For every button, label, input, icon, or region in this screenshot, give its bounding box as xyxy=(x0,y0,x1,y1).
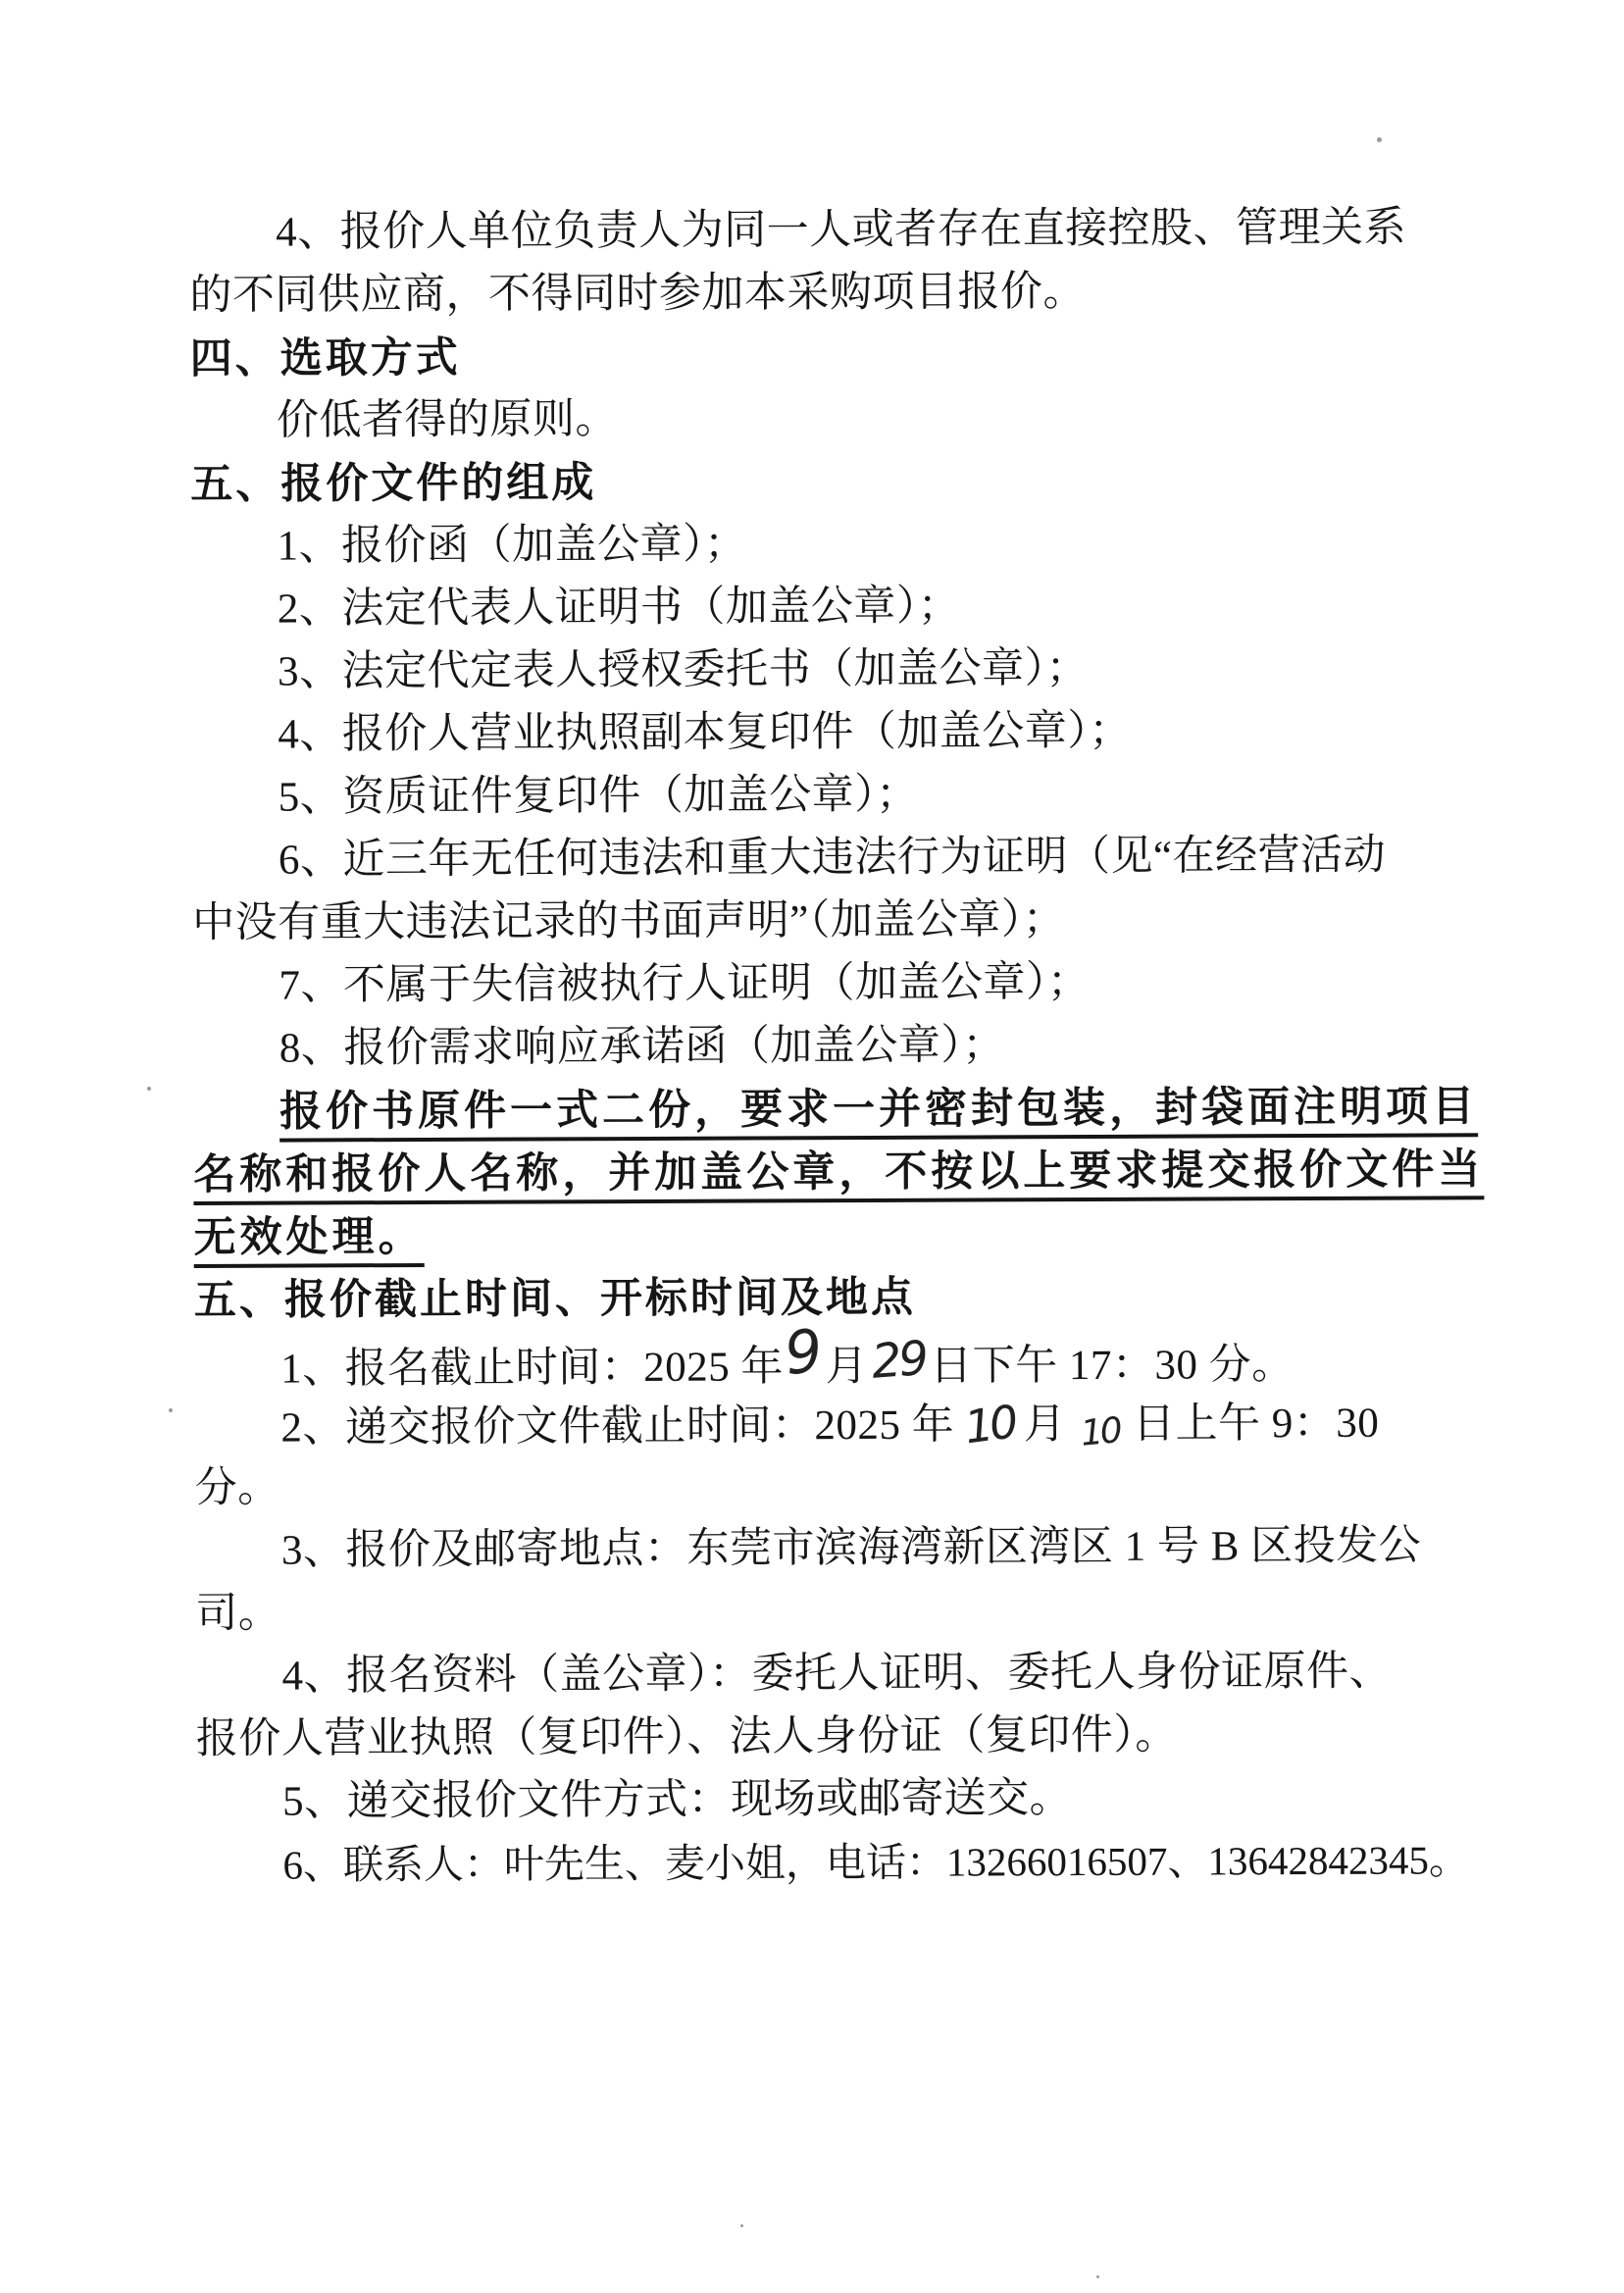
mailing-address: 3、报价及邮寄地点：东莞市滨海湾新区湾区 1 号 B 区投发公 xyxy=(195,1514,1514,1583)
deadline-registration: 1、报名截止时间：2025 年9月29日下午 17：30 分。 xyxy=(194,1326,1513,1395)
doc-item-7: 7、不属于失信被执行人证明（加盖公章）； xyxy=(192,949,1511,1018)
doc-item-2: 2、法定代表人证明书（加盖公章）； xyxy=(191,573,1510,641)
document-body: 4、报价人单位负责人为同一人或者存在直接控股、管理关系的不同供应商，不得同时参加… xyxy=(189,196,1516,1897)
mailing-address-cont: 司。 xyxy=(195,1577,1514,1646)
printed-text: 月 xyxy=(1024,1401,1067,1448)
clause-4-supplier-relation-cont: 的不同供应商，不得同时参加本采购项目报价。 xyxy=(189,259,1508,328)
doc-item-4: 4、报价人营业执照副本复印件（加盖公章）； xyxy=(191,698,1510,767)
section-heading-selection-method: 四、选取方式 xyxy=(190,322,1509,390)
doc-item-6-cont: 中没有重大违法记录的书面声明”（加盖公章）； xyxy=(192,887,1511,955)
doc-item-6: 6、近三年无任何违法和重大违法行为证明（见“在经营活动 xyxy=(192,824,1511,892)
deadline-submission: 2、递交报价文件截止时间：2025 年10月10日上午 9：30 xyxy=(194,1389,1513,1457)
contact-info: 6、联系人：叶先生、麦小姐，电话：13266016507、13642842345… xyxy=(196,1828,1515,1897)
doc-item-3: 3、法定代定表人授权委托书（加盖公章）； xyxy=(191,636,1510,704)
printed-text: 2、递交报价文件截止时间：2025 年 xyxy=(280,1402,954,1452)
section-heading-deadline-location: 五、报价截止时间、开标时间及地点 xyxy=(194,1263,1513,1332)
handwritten-date-digit: 9 xyxy=(782,1319,826,1386)
section-heading-quotation-documents: 五、报价文件的组成 xyxy=(190,447,1509,516)
handwritten-date-digit: 10 xyxy=(961,1391,1018,1459)
registration-materials: 4、报名资料（盖公章）：委托人证明、委托人身份证原件、 xyxy=(195,1640,1514,1708)
handwritten-date-digit: 10 xyxy=(1078,1400,1123,1465)
registration-materials-cont: 报价人营业执照（复印件）、法人身份证（复印件）。 xyxy=(196,1703,1515,1771)
printed-text: 日上午 9：30 xyxy=(1133,1401,1379,1448)
selection-method-rule: 价低者得的原则。 xyxy=(190,384,1509,453)
submission-method: 5、递交报价文件方式：现场或邮寄送交。 xyxy=(196,1765,1515,1834)
printed-text: 1、报名截止时间：2025 年 xyxy=(280,1344,784,1392)
deadline-submission-cont: 分。 xyxy=(195,1452,1514,1520)
sealing-requirement-line-3: 无效处理。 xyxy=(193,1200,1512,1269)
scan-speck xyxy=(169,1408,173,1412)
printed-text: 日下午 17：30 分。 xyxy=(930,1342,1294,1390)
sealing-requirement-line-2: 名称和报价人名称，并加盖公章，不按以上要求提交报价文件当 xyxy=(193,1138,1512,1206)
sealing-requirement-line-1: 报价书原件一式二份，要求一并密封包装，封袋面注明项目 xyxy=(193,1075,1512,1144)
clause-4-supplier-relation: 4、报价人单位负责人为同一人或者存在直接控股、管理关系 xyxy=(189,196,1508,265)
doc-item-1: 1、报价函（加盖公章）； xyxy=(190,510,1509,579)
scanned-document-page: 4、报价人单位负责人为同一人或者存在直接控股、管理关系的不同供应商，不得同时参加… xyxy=(0,0,1624,2293)
doc-item-5: 5、资质证件复印件（加盖公章）； xyxy=(192,761,1511,830)
scan-speck xyxy=(1096,2275,1099,2278)
scan-speck xyxy=(1377,137,1382,142)
scan-speck xyxy=(740,2224,743,2227)
printed-text: 月 xyxy=(826,1344,869,1390)
doc-item-8: 8、报价需求响应承诺函（加盖公章）； xyxy=(193,1012,1512,1081)
handwritten-date-digit: 29 xyxy=(870,1327,929,1394)
scan-speck xyxy=(147,1087,151,1091)
